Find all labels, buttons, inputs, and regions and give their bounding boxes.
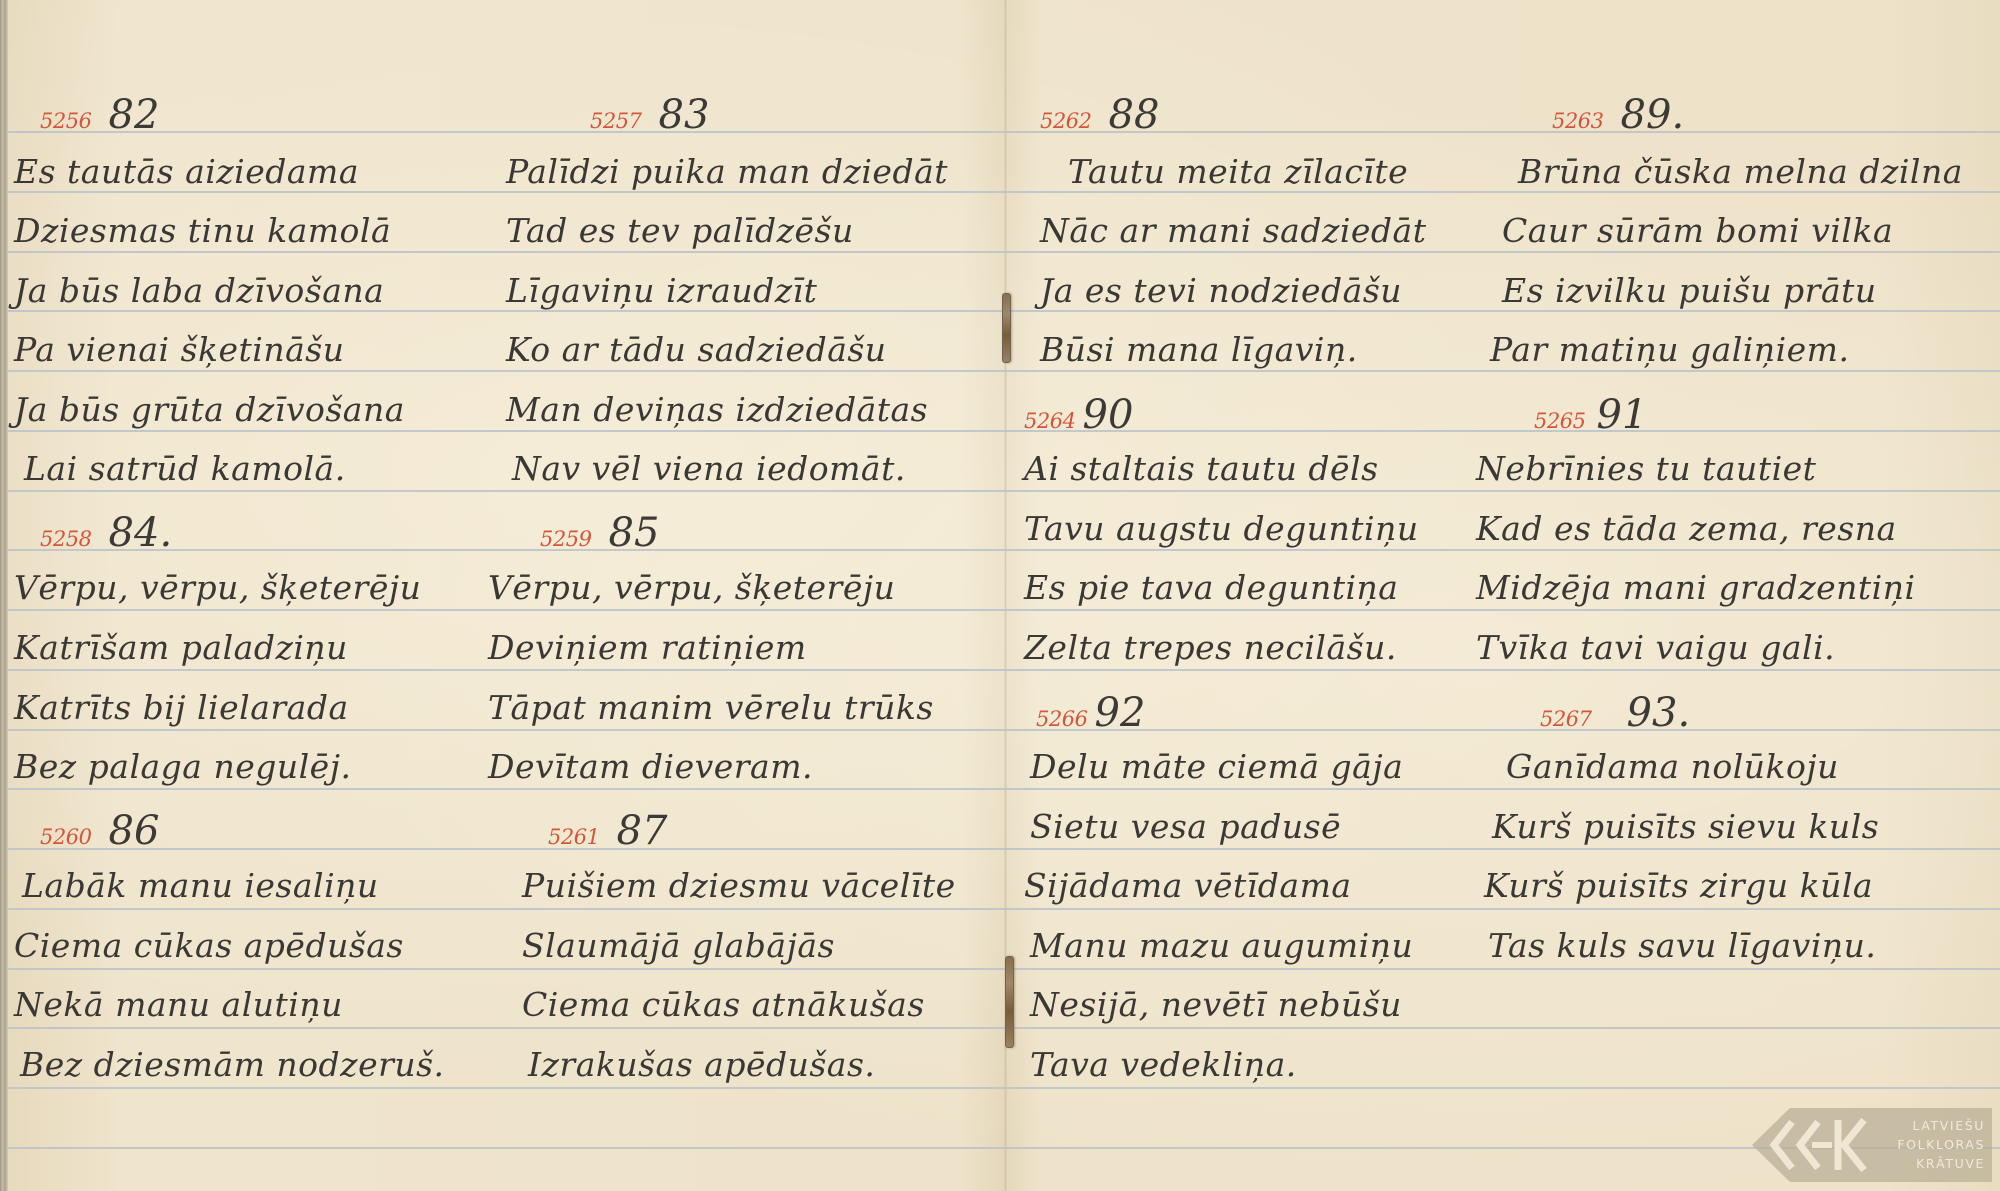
archive-number: 5263 xyxy=(1552,109,1603,133)
archive-number: 5264 xyxy=(1024,409,1075,433)
logo-text: LATVIEŠU FOLKLORAS KRĀTUVE xyxy=(1875,1116,1985,1173)
verse-line: Nesijā, nevētī nebūšu xyxy=(1030,985,1402,1025)
verse-line: Ai staltais tautu dēls xyxy=(1024,449,1379,489)
song-number: 88 xyxy=(1109,92,1160,138)
logo-line-3: KRĀTUVE xyxy=(1875,1154,1985,1173)
song-header: 5266 92 xyxy=(1036,690,1145,740)
verse-line: Tava vedekliņa. xyxy=(1030,1045,1297,1085)
verse-line: Zelta trepes necilāšu. xyxy=(1024,628,1397,668)
verse-line: Sijādama vētīdama xyxy=(1024,866,1352,906)
verse-line: Delu māte ciemā gāja xyxy=(1030,747,1403,787)
verse-line: Caur sūrām bomi vilka xyxy=(1502,211,1893,251)
verse-line: Tvīka tavi vaigu gali. xyxy=(1476,628,1835,668)
verse-line: Manu mazu augumiņu xyxy=(1030,926,1413,966)
verse-line: Midzēja mani gradzentiņi xyxy=(1476,568,1916,608)
notebook-spread: 5256 82 Es tautās aiziedama Dziesmas tin… xyxy=(0,0,2000,1191)
verse-line: Kurš puisīts sievu kuls xyxy=(1492,807,1879,847)
song-header: 5265 91 xyxy=(1534,392,1647,442)
verse-line: Būsi mana līgaviņ. xyxy=(1040,330,1358,370)
song-number: 92 xyxy=(1095,690,1146,736)
song-header: 5263 89. xyxy=(1552,92,1684,142)
logo-line-1: LATVIEŠU xyxy=(1875,1116,1985,1135)
song-number: 89. xyxy=(1621,92,1685,138)
song-header: 5262 88 xyxy=(1040,92,1159,142)
folklore-archive-logo: LATVIEŠU FOLKLORAS KRĀTUVE xyxy=(1752,1108,1992,1182)
verse-line: Par matiņu galiņiem. xyxy=(1490,330,1849,370)
verse-line: Es izvilku puišu prātu xyxy=(1502,271,1877,311)
verse-line: Sietu vesa padusē xyxy=(1030,807,1341,847)
verse-line: Kad es tāda zema, resna xyxy=(1476,509,1897,549)
verse-line: Es pie tava deguntiņa xyxy=(1024,568,1398,608)
verse-line: Ja es tevi nodziedāšu xyxy=(1040,271,1402,311)
verse-line: Tas kuls savu līgaviņu. xyxy=(1488,926,1876,966)
song-header: 5264 90 xyxy=(1024,392,1133,442)
archive-number: 5262 xyxy=(1040,109,1091,133)
archive-number: 5267 xyxy=(1540,707,1591,731)
verse-line: Tavu augstu deguntiņu xyxy=(1024,509,1419,549)
archive-number: 5265 xyxy=(1534,409,1585,433)
song-number: 91 xyxy=(1597,392,1648,438)
verse-line: Kurš puisīts zirgu kūla xyxy=(1484,866,1873,906)
verse-line: Nebrīnies tu tautiet xyxy=(1476,449,1816,489)
verse-line: Tautu meita zīlacīte xyxy=(1068,152,1408,192)
archive-number: 5266 xyxy=(1036,707,1087,731)
logo-line-2: FOLKLORAS xyxy=(1875,1135,1985,1154)
song-number: 93. xyxy=(1627,690,1691,736)
verse-line: Brūna čūska melna dzilna xyxy=(1518,152,1963,192)
right-page: 5262 88 Tautu meita zīlacīte Nāc ar mani… xyxy=(0,0,2000,1191)
verse-line: Ganīdama nolūkoju xyxy=(1506,747,1839,787)
verse-line: Nāc ar mani sadziedāt xyxy=(1040,211,1427,251)
song-header: 5267 93. xyxy=(1540,690,1690,740)
song-number: 90 xyxy=(1083,392,1134,438)
